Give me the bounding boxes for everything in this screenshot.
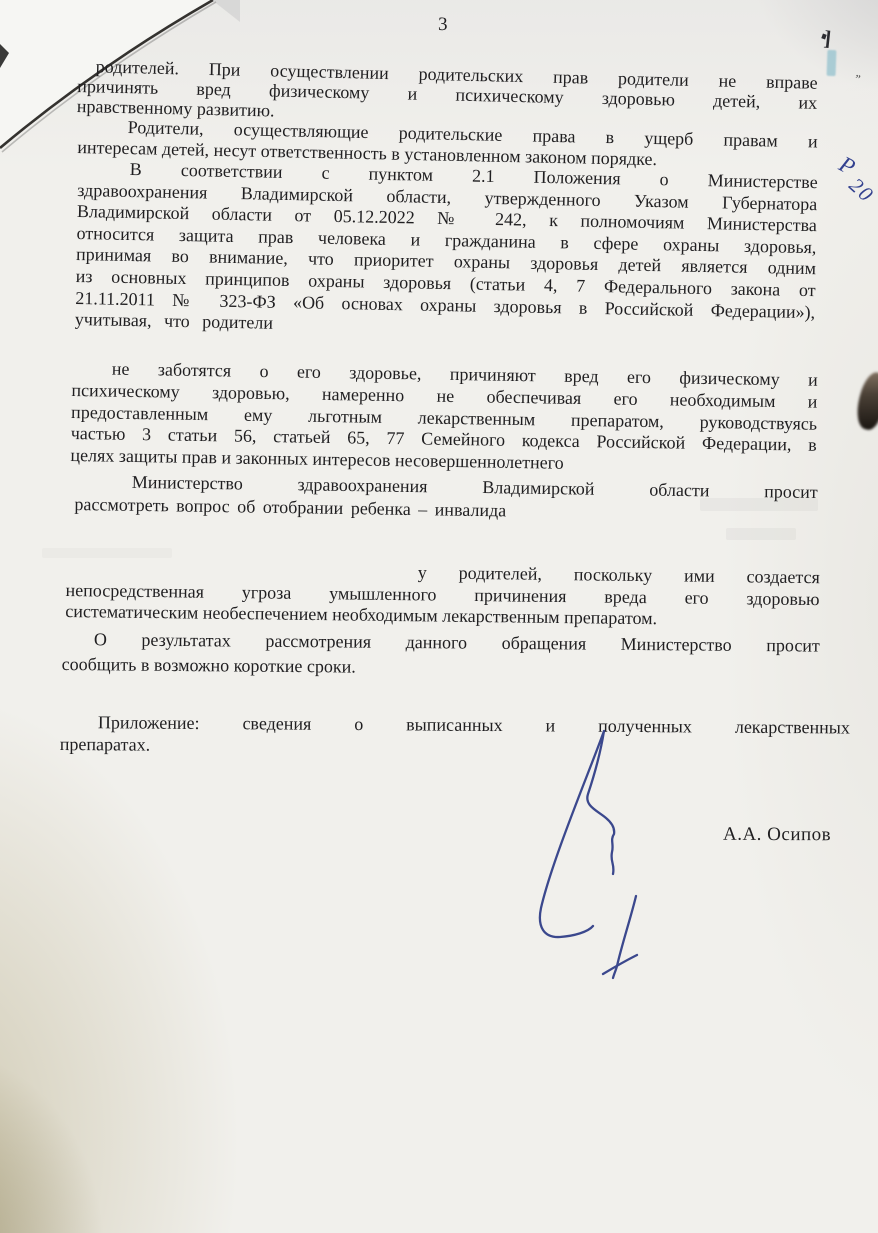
scanned-document-page: 3 ] ” Р 20 родителей. При осуществлении …: [0, 0, 878, 1233]
paragraph-3: В соответствии с пунктом 2.1 Положения о…: [75, 158, 818, 345]
paragraph-4: не заботятся о его здоровье, причиняют в…: [70, 358, 818, 479]
signature-loop-stroke: [587, 731, 614, 874]
signature-main-stroke: [540, 731, 604, 937]
paragraph-8-attachment: Приложение: сведения о выписанных и полу…: [60, 711, 850, 761]
paragraph-6: у родителей, поскольку ими создаетсянепо…: [65, 558, 820, 632]
redaction-ghost: [726, 528, 796, 540]
page-number: 3: [438, 14, 448, 36]
clip-shadow-object: [852, 370, 878, 433]
handwritten-note-part2: 20: [844, 173, 878, 208]
corner-top-shade: [212, 0, 240, 22]
paragraph-7: О результатах рассмотрения данного обращ…: [62, 627, 820, 684]
signature-ink: [518, 712, 688, 1022]
paragraph-5: Министерство здравоохранения Владимирско…: [74, 470, 818, 526]
blue-highlight-strip: [827, 50, 837, 76]
margin-tick-mark: ”: [854, 72, 862, 88]
redaction-ghost: [42, 548, 172, 558]
signoff-name: А.А. Осипов: [723, 824, 831, 847]
